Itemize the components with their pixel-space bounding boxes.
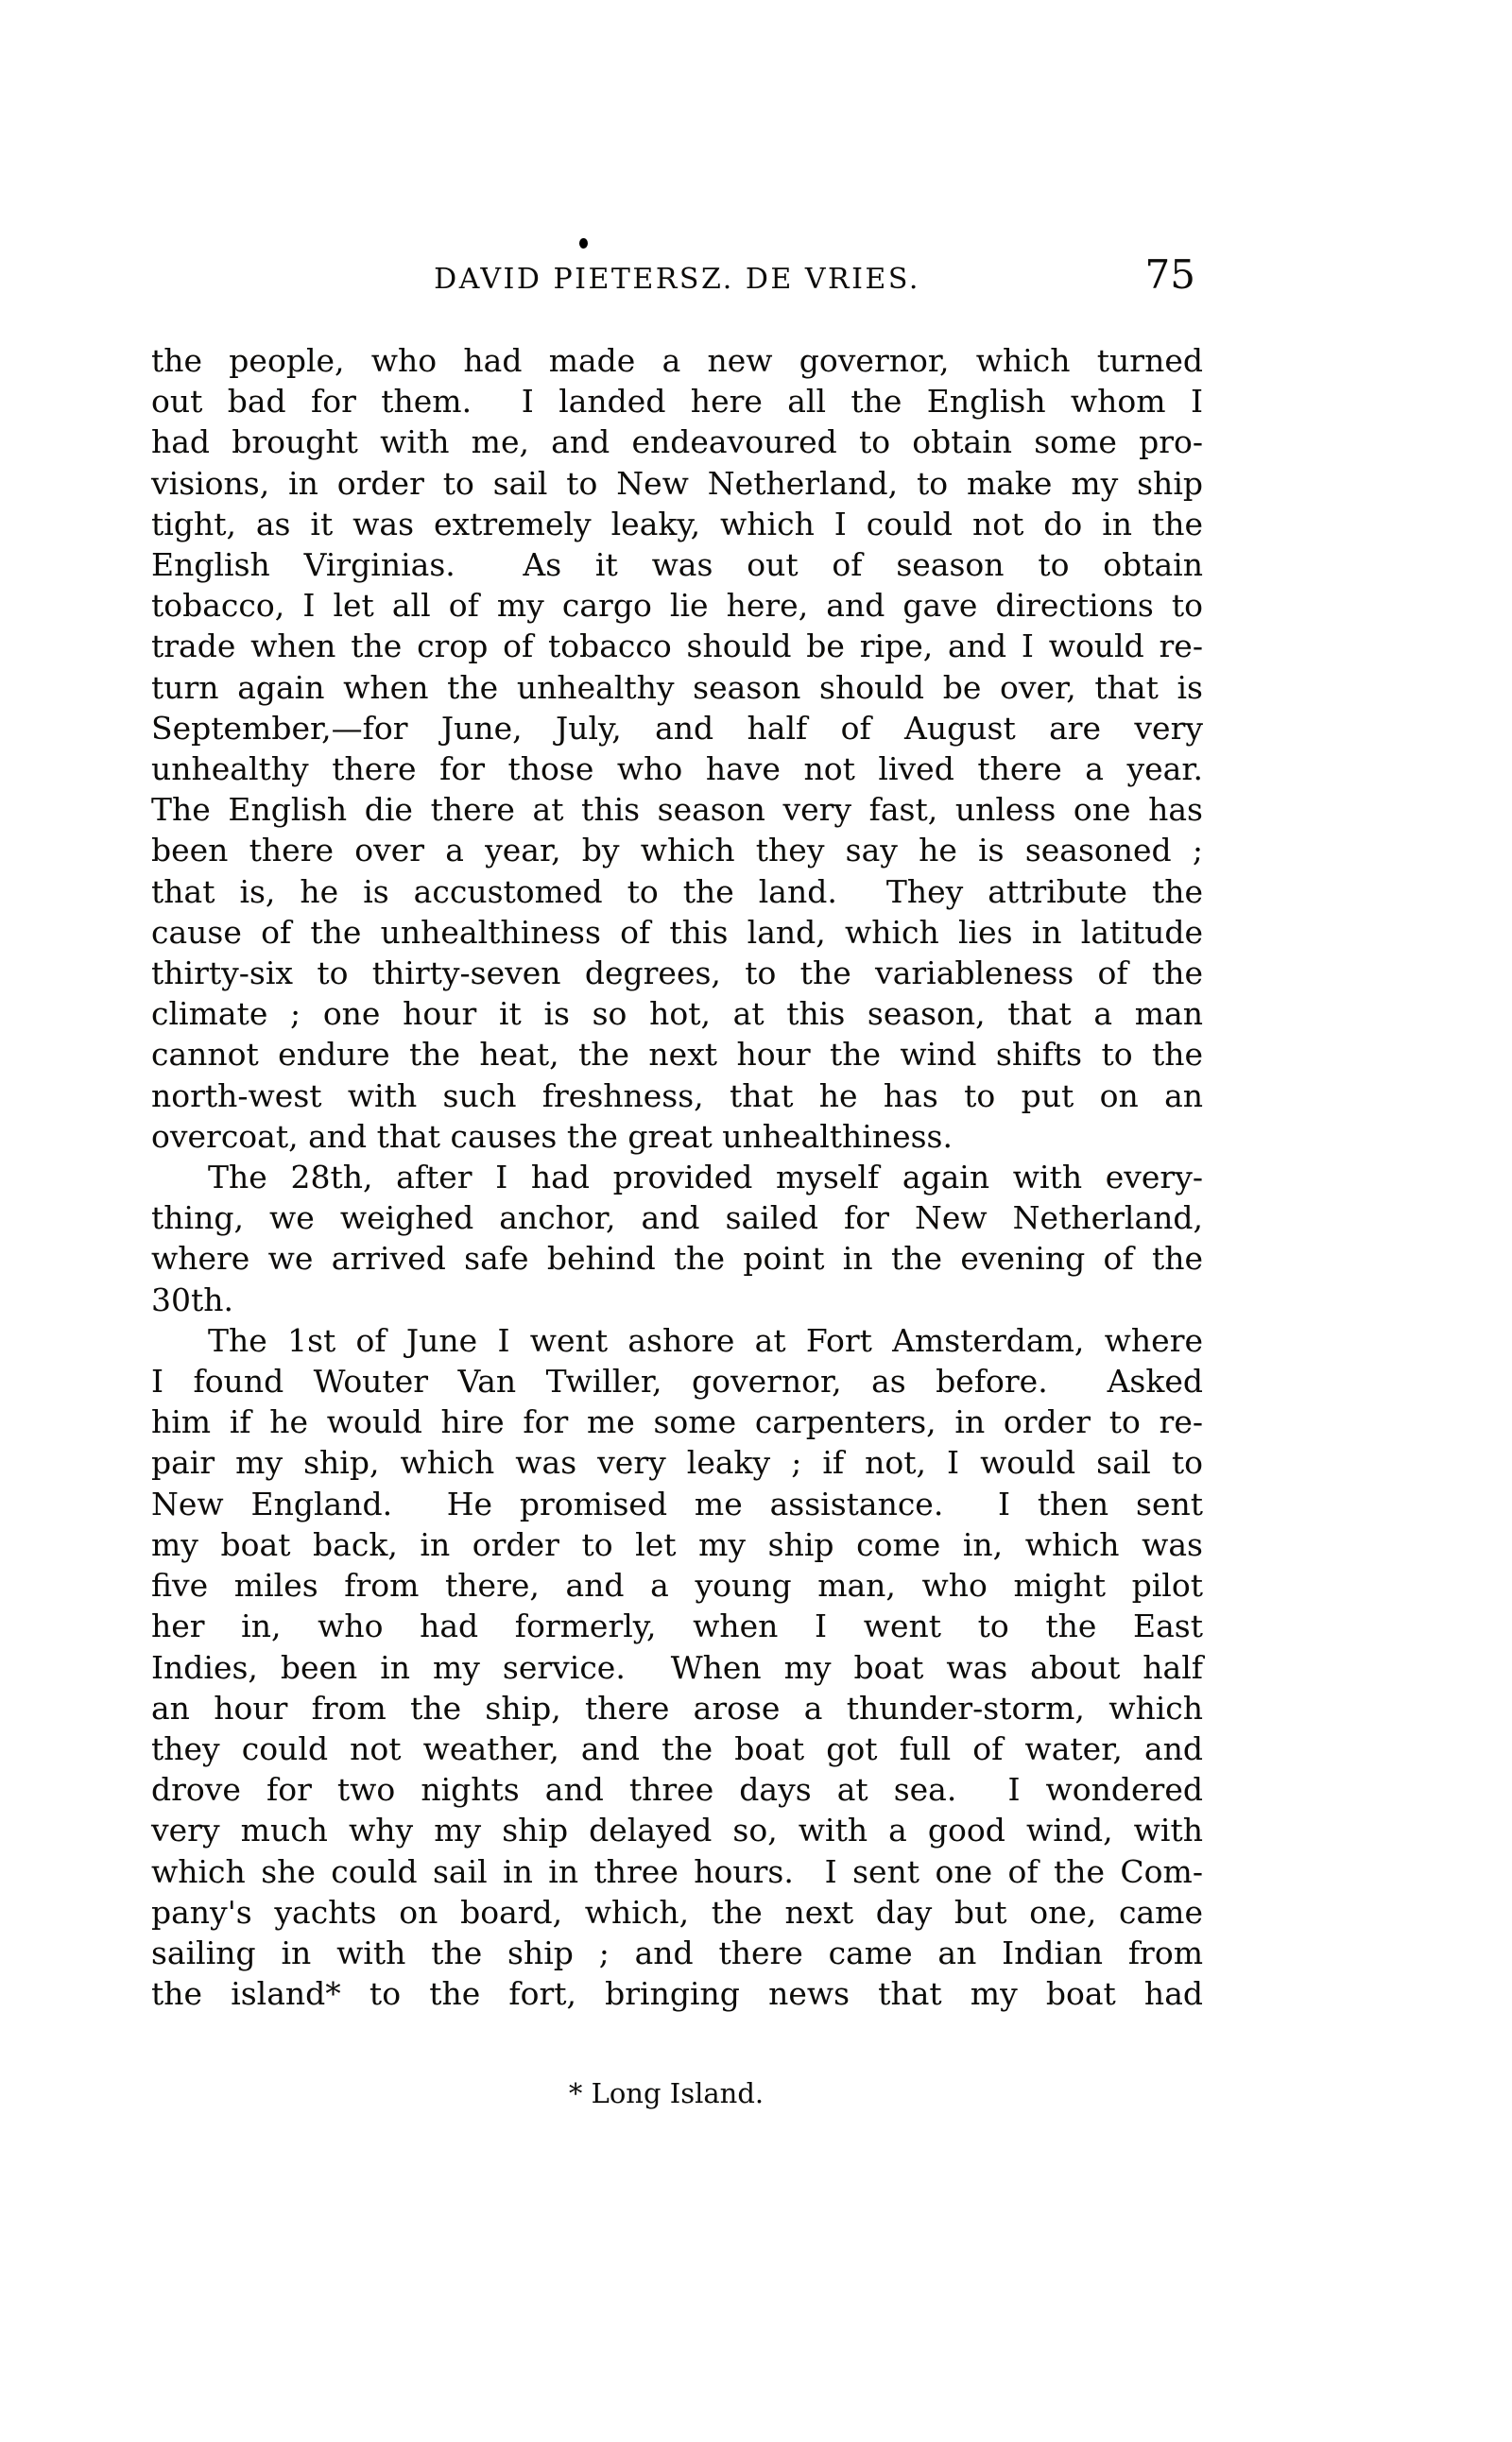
text-line: visions, in order to sail to New Netherl… — [151, 463, 1203, 504]
text-line: north-west with such freshness, that he … — [151, 1075, 1203, 1116]
text-line: The 28th, after I had provided myself ag… — [151, 1157, 1203, 1197]
text-line: had brought with me, and endeavoured to … — [151, 421, 1203, 462]
text-line: cannot endure the heat, the next hour th… — [151, 1034, 1203, 1075]
paragraph: The 28th, after I had provided myself ag… — [151, 1157, 1203, 1320]
text-line: pair my ship, which was very leaky ; if … — [151, 1442, 1203, 1483]
text-line: five miles from there, and a young man, … — [151, 1565, 1203, 1606]
text-line: that is, he is accustomed to the land. T… — [151, 871, 1203, 912]
text-line: unhealthy there for those who have not l… — [151, 748, 1203, 789]
text-line: been there over a year, by which they sa… — [151, 830, 1203, 870]
text-line: trade when the crop of tobacco should be… — [151, 626, 1203, 666]
body-text: the people, who had made a new governor,… — [151, 340, 1203, 2014]
text-line: tobacco, I let all of my cargo lie here,… — [151, 585, 1203, 626]
text-line: the island* to the fort, bringing news t… — [151, 1973, 1203, 2014]
text-line: climate ; one hour it is so hot, at this… — [151, 993, 1203, 1034]
text-line: thing, we weighed anchor, and sailed for… — [151, 1197, 1203, 1238]
text-line: 30th. — [151, 1280, 1203, 1320]
text-line: September,—for June, July, and half of A… — [151, 708, 1203, 748]
text-line: I found Wouter Van Twiller, governor, as… — [151, 1361, 1203, 1402]
text-line: sailing in with the ship ; and there cam… — [151, 1933, 1203, 1973]
text-line: New England. He promised me assistance. … — [151, 1484, 1203, 1524]
page-number: 75 — [1145, 251, 1195, 298]
text-line: which she could sail in in three hours. … — [151, 1851, 1203, 1892]
text-line: English Virginias. As it was out of seas… — [151, 544, 1203, 585]
text-line: him if he would hire for me some carpent… — [151, 1402, 1203, 1442]
text-line: they could not weather, and the boat got… — [151, 1728, 1203, 1769]
ink-dot-artifact — [579, 238, 588, 249]
text-line: thirty-six to thirty-seven degrees, to t… — [151, 953, 1203, 993]
paragraph: the people, who had made a new governor,… — [151, 340, 1203, 1157]
footnote: * Long Island. — [151, 2077, 1181, 2109]
text-line: out bad for them. I landed here all the … — [151, 381, 1203, 421]
text-line: an hour from the ship, there arose a thu… — [151, 1688, 1203, 1728]
text-line: The English die there at this season ver… — [151, 789, 1203, 830]
running-header-title: DAVID PIETERSZ. DE VRIES. — [151, 263, 1203, 296]
text-line: where we arrived safe behind the point i… — [151, 1238, 1203, 1279]
text-line: tight, as it was extremely leaky, which … — [151, 504, 1203, 544]
text-line: pany's yachts on board, which, the next … — [151, 1892, 1203, 1933]
text-line: Indies, been in my service. When my boat… — [151, 1647, 1203, 1688]
paragraph: The 1st of June I went ashore at Fort Am… — [151, 1320, 1203, 2014]
text-line: overcoat, and that causes the great unhe… — [151, 1116, 1203, 1157]
book-page: DAVID PIETERSZ. DE VRIES. 75 the people,… — [0, 0, 1512, 2442]
text-line: very much why my ship delayed so, with a… — [151, 1810, 1203, 1850]
text-line: The 1st of June I went ashore at Fort Am… — [151, 1320, 1203, 1361]
text-line: drove for two nights and three days at s… — [151, 1769, 1203, 1810]
text-line: her in, who had formerly, when I went to… — [151, 1606, 1203, 1646]
text-line: turn again when the unhealthy season sho… — [151, 667, 1203, 708]
text-line: the people, who had made a new governor,… — [151, 340, 1203, 381]
page-header: DAVID PIETERSZ. DE VRIES. 75 — [151, 257, 1203, 301]
text-line: my boat back, in order to let my ship co… — [151, 1524, 1203, 1565]
text-line: cause of the unhealthiness of this land,… — [151, 912, 1203, 953]
